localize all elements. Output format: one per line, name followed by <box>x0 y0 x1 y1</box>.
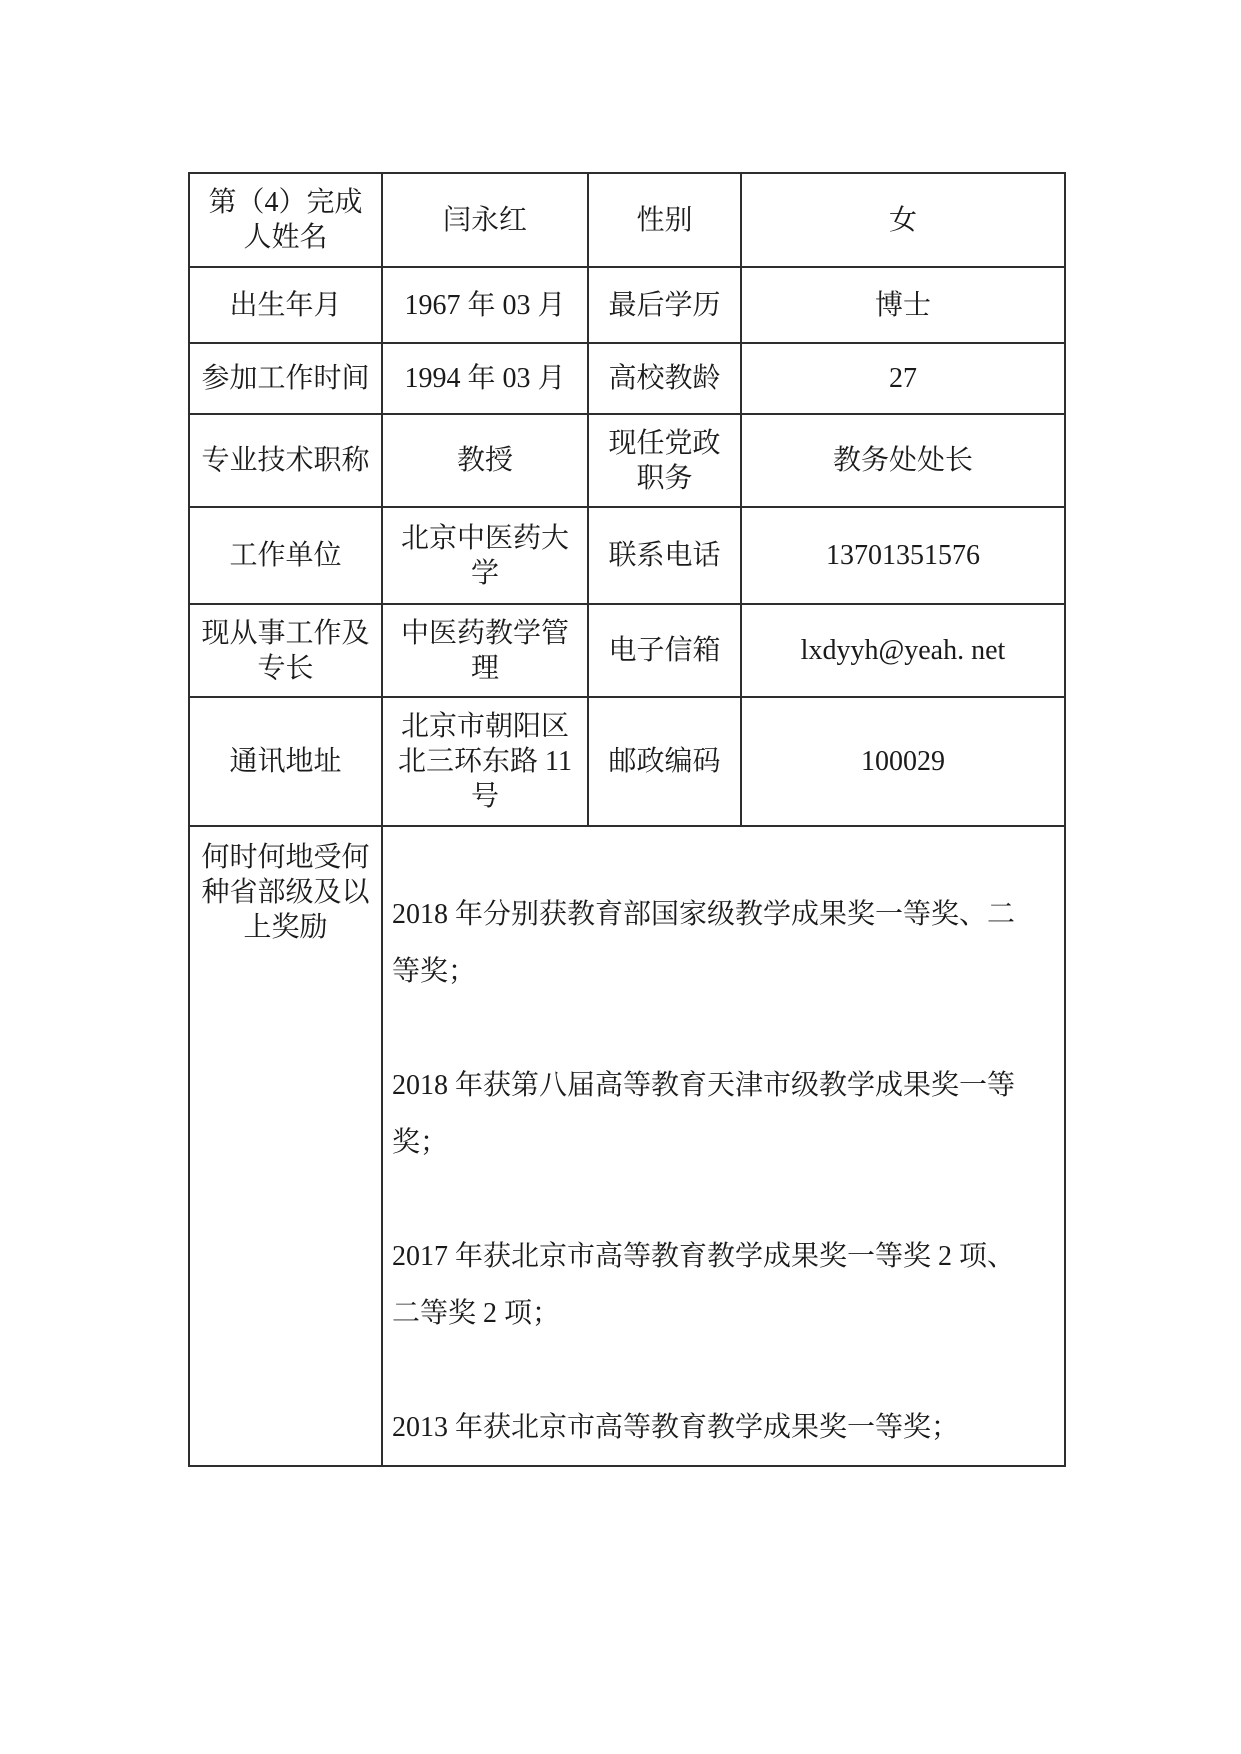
value-party-admin-position: 教务处处长 <box>742 415 1064 508</box>
value-mailing-address: 北京市朝阳区 北三环东路 11 号 <box>383 698 589 827</box>
label-contact-phone: 联系电话 <box>589 508 742 605</box>
value-last-degree: 博士 <box>742 268 1064 344</box>
label-email: 电子信箱 <box>589 605 742 698</box>
label-party-admin-position: 现任党政 职务 <box>589 415 742 508</box>
value-professional-title: 教授 <box>383 415 589 508</box>
value-work-start-date: 1994 年 03 月 <box>383 344 589 415</box>
label-teaching-years: 高校教龄 <box>589 344 742 415</box>
label-completer-name: 第（4）完成 人姓名 <box>190 174 383 268</box>
value-completer-name: 闫永红 <box>383 174 589 268</box>
label-current-work-specialty: 现从事工作及 专长 <box>190 605 383 698</box>
label-birth-date: 出生年月 <box>190 268 383 344</box>
label-gender: 性别 <box>589 174 742 268</box>
award-item: 2018 年分别获教育部国家级教学成果奖一等奖、二 等奖； <box>392 886 1052 1000</box>
value-teaching-years: 27 <box>742 344 1064 415</box>
label-work-start-date: 参加工作时间 <box>190 344 383 415</box>
award-item: 2013 年获北京市高等教育教学成果奖一等奖； <box>392 1399 1052 1456</box>
award-item: 2017 年获北京市高等教育教学成果奖一等奖 2 项、 二等奖 2 项； <box>392 1228 1052 1342</box>
value-gender: 女 <box>742 174 1064 268</box>
label-postal-code: 邮政编码 <box>589 698 742 827</box>
award-item: 2018 年获第八届高等教育天津市级教学成果奖一等 奖； <box>392 1057 1052 1171</box>
completer-info-table: 第（4）完成 人姓名 闫永红 性别 女 出生年月 1967 年 03 月 最后学… <box>188 172 1066 1467</box>
value-awards: 2018 年分别获教育部国家级教学成果奖一等奖、二 等奖； 2018 年获第八届… <box>383 827 1064 1465</box>
label-mailing-address: 通讯地址 <box>190 698 383 827</box>
label-awards: 何时何地受何 种省部级及以 上奖励 <box>190 827 383 1465</box>
value-postal-code: 100029 <box>742 698 1064 827</box>
value-contact-phone: 13701351576 <box>742 508 1064 605</box>
document-page: 第（4）完成 人姓名 闫永红 性别 女 出生年月 1967 年 03 月 最后学… <box>0 0 1241 1754</box>
value-email: lxdyyh@yeah. net <box>742 605 1064 698</box>
value-work-unit: 北京中医药大 学 <box>383 508 589 605</box>
value-birth-date: 1967 年 03 月 <box>383 268 589 344</box>
value-current-work-specialty: 中医药教学管 理 <box>383 605 589 698</box>
label-professional-title: 专业技术职称 <box>190 415 383 508</box>
label-work-unit: 工作单位 <box>190 508 383 605</box>
label-last-degree: 最后学历 <box>589 268 742 344</box>
